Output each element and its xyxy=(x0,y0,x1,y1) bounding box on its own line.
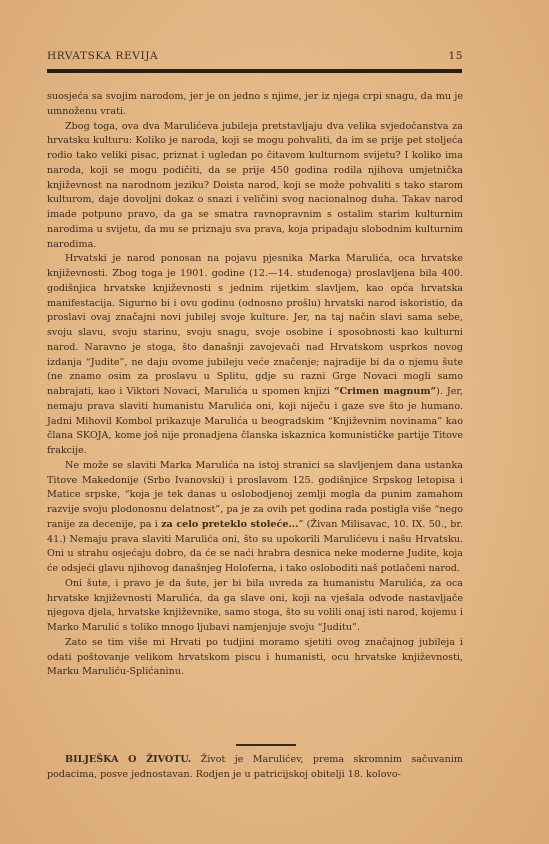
note-heading: BILJEŠKA O ŽIVOTU. xyxy=(65,754,191,765)
paragraph-text: Zato se tim više mi Hrvati po tudjini mo… xyxy=(47,637,463,678)
section-separator xyxy=(236,744,296,746)
body-paragraph: Oni šute, i pravo je da šute, jer bi bil… xyxy=(47,577,463,636)
document-page: HRVATSKA REVIJA 15 suosjeća sa svojim na… xyxy=(0,0,549,844)
body-paragraph: Hrvatski je narod ponosan na pojavu pjes… xyxy=(47,252,463,459)
article-body: suosjeća sa svojim narodom, jer je on je… xyxy=(47,90,463,680)
note-paragraph: BILJEŠKA O ŽIVOTU. Život je Marulićev, p… xyxy=(47,753,463,783)
page-number: 15 xyxy=(448,50,463,62)
body-paragraph: Zato se tim više mi Hrvati po tudjini mo… xyxy=(47,636,463,680)
paragraph-text: suosjeća sa svojim narodom, jer je on je… xyxy=(47,91,463,117)
paragraph-text: Oni šute, i pravo je da šute, jer bi bil… xyxy=(47,578,463,633)
paragraph-text: Hrvatski je narod ponosan na pojavu pjes… xyxy=(47,253,463,397)
paragraph-text: Zbog toga, ova dva Marulićeva jubileja p… xyxy=(47,121,463,250)
body-paragraph: suosjeća sa svojim narodom, jer je on je… xyxy=(47,90,463,120)
biographical-note: BILJEŠKA O ŽIVOTU. Život je Marulićev, p… xyxy=(47,753,463,783)
emphasis-text: za celo preteklo stoleće... xyxy=(161,519,298,530)
header-rule xyxy=(47,69,462,73)
body-paragraph: Zbog toga, ova dva Marulićeva jubileja p… xyxy=(47,120,463,253)
body-paragraph: Ne može se slaviti Marka Marulića na ist… xyxy=(47,459,463,577)
emphasis-text: “Crimen magnum” xyxy=(334,386,436,397)
journal-title: HRVATSKA REVIJA xyxy=(47,50,158,62)
